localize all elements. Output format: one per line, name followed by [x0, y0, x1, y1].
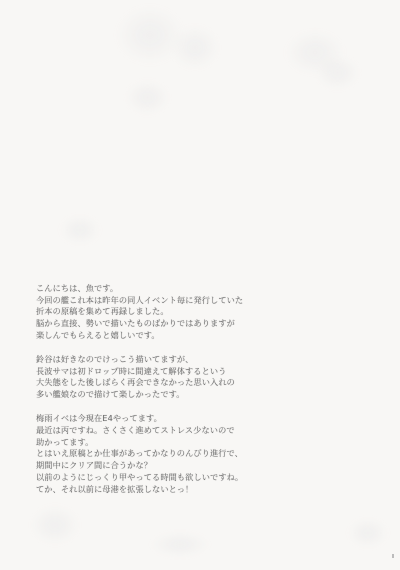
- text-line: こんにちは、魚です。: [36, 283, 366, 295]
- text-line: 鈴谷は好きなのでけっこう描いてますが、: [36, 354, 366, 366]
- bleed-through-artifact: [315, 55, 360, 90]
- bleed-through-artifact: [150, 532, 210, 557]
- bleed-through-artifact: [348, 518, 388, 548]
- text-line: 以前のようにじっくり甲やってる時間も欲しいですね。: [36, 472, 366, 484]
- afterword-paragraph-characters: 鈴谷は好きなのでけっこう描いてますが、 長波サマは初ドロップ時に間違えて解体する…: [36, 354, 366, 401]
- text-line: てか、それ以前に母港を拡張しないとっ！: [36, 484, 366, 496]
- text-line: 助かってます。: [36, 437, 366, 449]
- text-line: 梅雨イベは今現在E4やってます。: [36, 413, 366, 425]
- scan-speck: [392, 554, 394, 558]
- text-line: 脳から直接、勢いで描いたものばかりではありますが: [36, 318, 366, 330]
- text-line: 楽しんでもらえると嬉しいです。: [36, 330, 366, 342]
- text-line: 今回の艦これ本は昨年の同人イベント毎に発行していた: [36, 295, 366, 307]
- afterword-paragraph-intro: こんにちは、魚です。 今回の艦これ本は昨年の同人イベント毎に発行していた 折本の…: [36, 283, 366, 342]
- bleed-through-artifact: [30, 505, 80, 545]
- text-line: 多い艦娘なので描けて楽しかったです。: [36, 389, 366, 401]
- text-line: とはいえ原稿とか仕事があってかなりのんびり進行で、: [36, 448, 366, 460]
- text-line: 折本の原稿を集めて再録しました。: [36, 306, 366, 318]
- text-line: 長波サマは初ドロップ時に間違えて解体するという: [36, 366, 366, 378]
- text-line: 最近は丙ですね。さくさく進めてストレス少ないので: [36, 425, 366, 437]
- afterword-paragraph-event: 梅雨イベは今現在E4やってます。 最近は丙ですね。さくさく進めてストレス少ないの…: [36, 413, 366, 495]
- text-line: 大失態をした後しばらく再会できなかった思い入れの: [36, 377, 366, 389]
- bleed-through-artifact: [285, 30, 345, 75]
- bleed-through-artifact: [170, 25, 220, 70]
- bleed-through-artifact: [125, 80, 170, 115]
- text-line: 期間中にクリア間に合うかな？: [36, 460, 366, 472]
- scanned-afterword-page: こんにちは、魚です。 今回の艦これ本は昨年の同人イベント毎に発行していた 折本の…: [0, 0, 400, 570]
- bleed-through-artifact: [115, 5, 185, 65]
- bleed-through-artifact: [60, 215, 100, 245]
- afterword-text: こんにちは、魚です。 今回の艦これ本は昨年の同人イベント毎に発行していた 折本の…: [36, 283, 366, 508]
